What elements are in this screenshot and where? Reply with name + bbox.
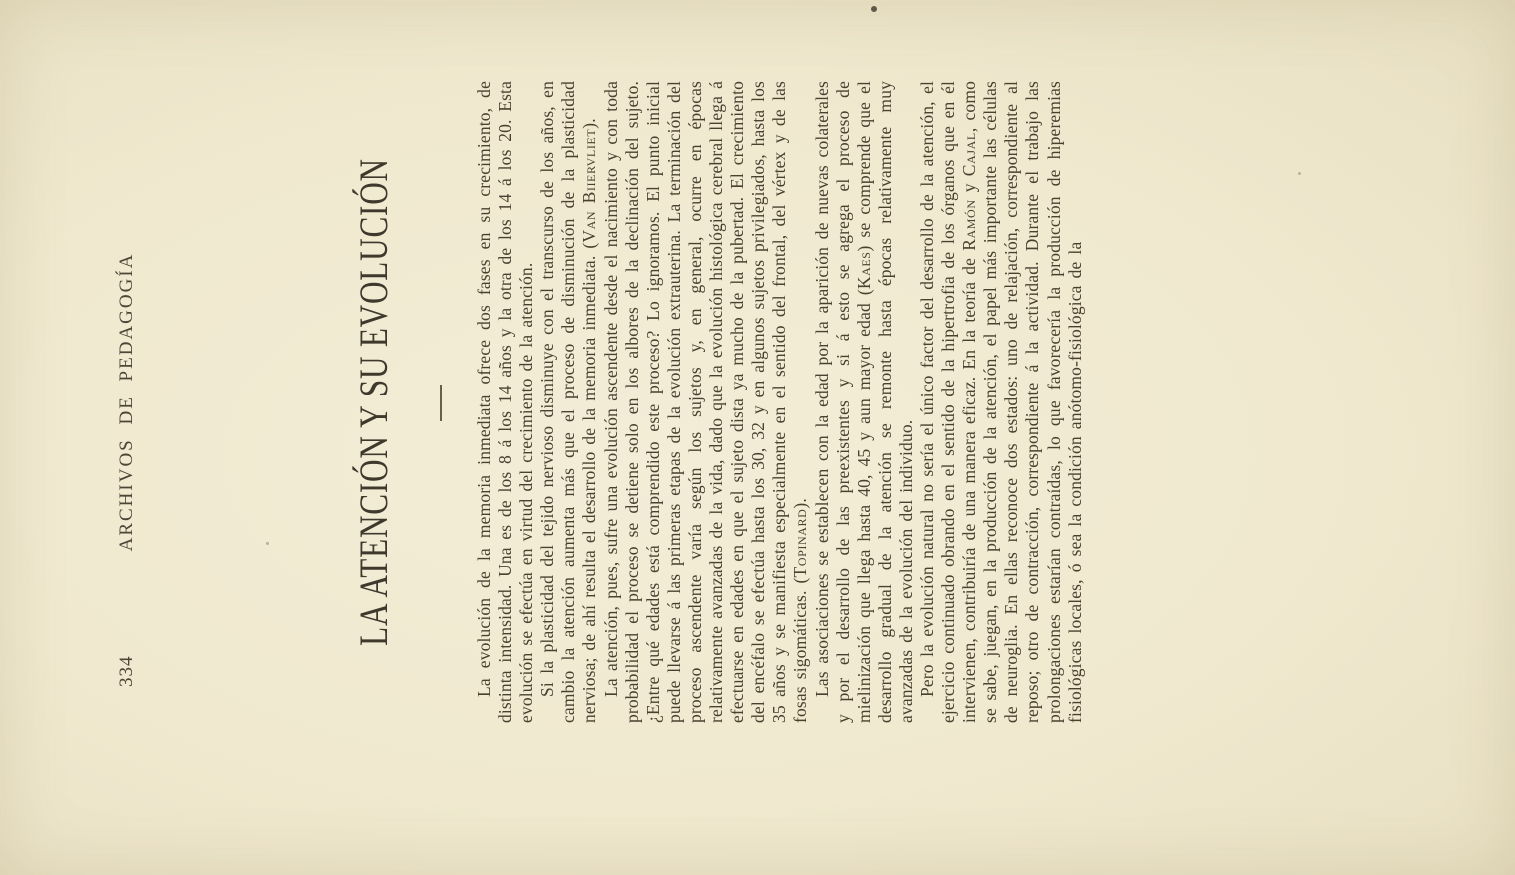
journal-running-head: ARCHIVOS DE PEDAGOGÍA [116, 81, 138, 723]
text-run: ). [790, 498, 810, 509]
book-page-scan: 334 ARCHIVOS DE PEDAGOGÍA LA ATENCIÓN Y … [0, 0, 1515, 875]
article-body: La evolución de la memoria inmediata ofr… [474, 81, 1086, 723]
ink-speck [1298, 172, 1301, 175]
paragraph: La atención, pues, sufre una evolución a… [601, 81, 812, 723]
paragraph: Pero la evolución natural no sería el ún… [917, 81, 1086, 723]
rotated-page-wrapper: 334 ARCHIVOS DE PEDAGOGÍA LA ATENCIÓN Y … [0, 0, 1515, 875]
small-caps-name: Kaes [854, 251, 874, 289]
text-run: La atención, pues, sufre una evolución a… [601, 81, 811, 723]
ink-speck [871, 6, 877, 12]
small-caps-name: Ramón [959, 199, 979, 250]
paragraph: La evolución de la memoria inmediata ofr… [474, 81, 537, 723]
text-run: y [959, 176, 979, 199]
ink-speck [266, 542, 269, 545]
paragraph: Las asociaciones se establecen con la ed… [812, 81, 917, 723]
small-caps-name: Van Biiervliet [579, 129, 599, 243]
text-run: La evolución de la memoria inmediata ofr… [474, 81, 536, 723]
title-divider-rule [440, 385, 442, 421]
article-title: LA ATENCIÓN Y SU EVOLUCIÓN [350, 152, 397, 653]
paragraph: Si la plasticidad del tejido nervioso di… [537, 81, 600, 723]
text-run: ). [579, 118, 599, 129]
small-caps-name: Topinard [790, 509, 810, 578]
small-caps-name: Cajal [959, 132, 979, 176]
